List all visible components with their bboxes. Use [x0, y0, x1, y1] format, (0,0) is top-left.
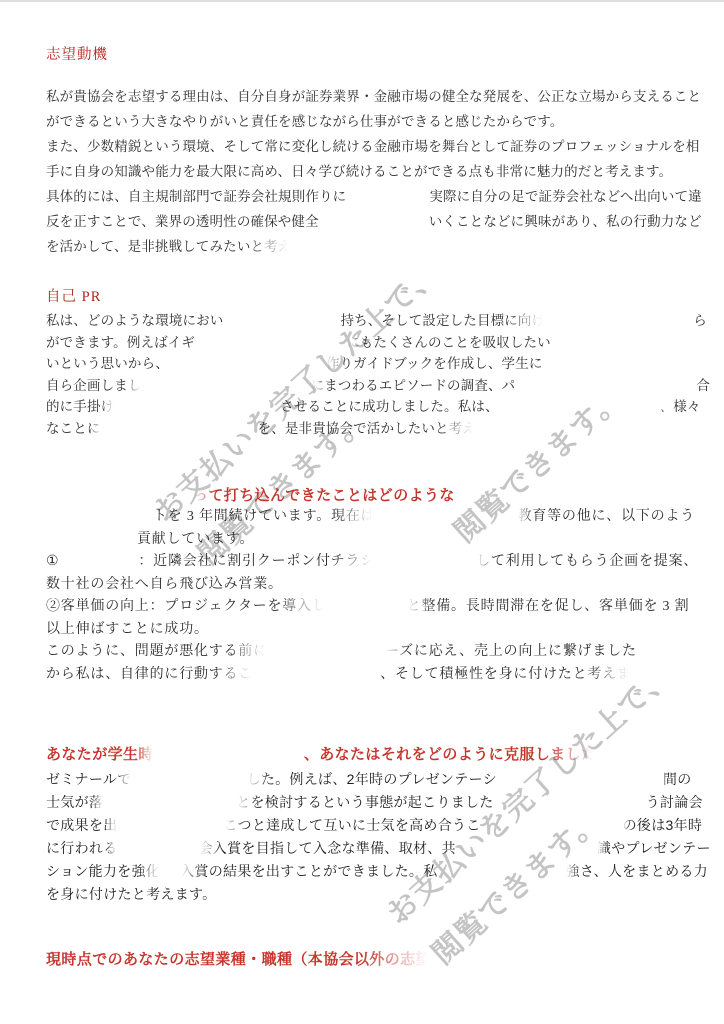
text-segment: 私は、どのような環境におい — [46, 312, 223, 330]
hidden-text-gap — [253, 677, 380, 678]
text-line: 私が貴協会を志望する理由は、自分自身が証券業界・金融市場の健全な発展を、公正な立… — [46, 88, 701, 106]
hidden-text-gap — [46, 542, 137, 543]
text-line: ②客単価の向上：プロジェクターを導入しと整備。長時間滞在を促し、客単価を 3 割 — [46, 598, 689, 617]
text-segment: 貢献しています。 — [137, 531, 254, 550]
text-segment: を、是非貴協会で活かしたいと考え — [258, 420, 476, 438]
text-segment: 手に自身の知識や能力を最大限に高め、日々学び続けることができる点も非常に魅力的だ… — [46, 163, 672, 181]
hidden-text-gap — [46, 499, 193, 500]
text-line: ができるという大きなやりがいと責任を感じながら仕事ができると感じたからです。 — [46, 113, 563, 131]
text-line: 私は、どのような環境におい持ち、そして設定した目標に向けら — [46, 312, 707, 330]
text-segment: 自己 PR — [46, 288, 101, 308]
text-segment: このように、問題が悪化する前に — [46, 643, 268, 662]
section-heading-effort: って打ち込んできたことはどのような — [46, 486, 455, 506]
hidden-text-gap — [438, 875, 566, 876]
text-segment: 以上伸ばすことに成功。 — [46, 621, 209, 640]
text-segment: あなたが学生時 — [46, 745, 154, 765]
hidden-text-gap — [59, 564, 138, 565]
text-line: トを 3 年間続けています。現在は教育等の他に、以下のよう — [46, 508, 695, 527]
text-line: 貢献しています。 — [46, 531, 254, 550]
text-segment: 識やプレゼンテー — [597, 839, 711, 858]
text-segment: を活かして、是非挑戦してみたいと考え — [46, 238, 291, 256]
text-segment: って打ち込んできたことはどのような — [193, 486, 455, 506]
text-segment: 、そして積極性を身に付けたと考えま — [380, 666, 632, 685]
text-segment: なことに — [46, 420, 101, 438]
text-segment: 、あなたはそれをどのように克服しました — [304, 745, 597, 765]
text-segment: 反を正すことで、業界の透明性の確保や健全 — [46, 213, 319, 231]
text-segment: で成果を出 — [46, 816, 118, 835]
hidden-text-gap — [346, 200, 429, 201]
text-segment: 実際に自分の足で証券会社などへ出向いて違 — [429, 188, 701, 206]
text-line: いという思いから、作りガイドブックを作成し、学生に — [46, 355, 543, 373]
text-segment: ができるという大きなやりがいと責任を感じながら仕事ができると感じたからです。 — [46, 113, 563, 131]
section-heading-student-challenge: あなたが学生時、あなたはそれをどのように克服しました — [46, 745, 596, 765]
text-segment: を身に付けたと考えます。 — [46, 885, 216, 904]
text-segment: に行われる — [46, 839, 118, 858]
text-segment: ① — [46, 553, 59, 572]
hidden-text-gap — [268, 654, 385, 655]
text-line: に行われる会入賞を目指して入念な準備、取材、共識やプレゼンテー — [46, 839, 711, 858]
hidden-text-gap — [160, 875, 180, 876]
text-line: 自ら企画しましにまつわるエピソードの調査、パ合 — [46, 377, 710, 395]
text-line: ができます。例えばイギにもたくさんのことを吸収したい — [46, 334, 551, 352]
text-line: 数十社の会社へ自ら飛び込み営業。 — [46, 576, 283, 595]
scanned-entry-sheet-page: お支払いを完了した上で、閲覧できます。閲覧できます。お支払いを完了した上で、閲覧… — [0, 0, 724, 1024]
text-line: なことにを、是非貴協会で活かしたいと考え — [46, 420, 476, 438]
text-segment: 間の — [663, 770, 692, 789]
hidden-text-gap — [142, 389, 311, 390]
text-segment: いくことなどに興味があり、私の行動力など — [429, 213, 702, 231]
text-line: で成果を出こつと達成して互いに士気を高め合うこの後は3年時 — [46, 816, 702, 835]
text-segment: いという思いから、 — [46, 355, 169, 373]
hidden-text-gap — [132, 783, 247, 784]
text-segment: 志望動機 — [46, 46, 108, 66]
text-segment: にもたくさんのことを吸収したい — [346, 334, 551, 352]
hidden-text-gap — [169, 367, 326, 368]
text-segment: 的に手掛け — [46, 398, 114, 416]
hidden-text-gap — [101, 432, 258, 433]
text-segment: ション能力を強化 — [46, 862, 160, 881]
scan-edge-artifact — [0, 0, 724, 2]
text-segment: と整備。長時間滞在を促し、客単価を 3 割 — [407, 598, 690, 617]
text-segment: ができます。例えばイギ — [46, 334, 195, 352]
text-segment: 教育等の他に、以下のよう — [517, 508, 695, 527]
hidden-text-gap — [456, 852, 597, 853]
text-segment: 私が貴協会を志望する理由は、自分自身が証券業界・金融市場の健全な発展を、公正な立… — [46, 88, 701, 106]
text-line: ①：近隣会社に割引クーポン付チラシして利用してもらう企画を提案、 — [46, 553, 698, 572]
text-segment: 強さ、人をまとめる力 — [566, 862, 708, 881]
section-heading-desired-industry: 現時点でのあなたの志望業種・職種（本協会以外の志望 — [46, 950, 431, 970]
text-line: ゼミナールでした。例えば、2年時のプレゼンテーシ間の — [46, 770, 692, 789]
text-segment: 持ち、そして設定した目標に向け — [340, 312, 545, 330]
text-line: 具体的には、自主規制部門で証券会社規則作りに実際に自分の足で証券会社などへ出向い… — [46, 188, 702, 206]
text-segment: う討論会 — [646, 793, 703, 812]
text-line: 反を正すことで、業界の透明性の確保や健全いくことなどに興味があり、私の行動力など — [46, 213, 702, 231]
text-line: このように、問題が悪化する前にーズに応え、売上の向上に繋げました — [46, 643, 637, 662]
text-segment: ：近隣会社に割引クーポン付チラシ — [138, 553, 375, 572]
text-segment: 具体的には、自主規制部門で証券会社規則作りに — [46, 188, 346, 206]
text-segment: 数十社の会社へ自ら飛び込み営業。 — [46, 576, 283, 595]
text-segment: から私は、自律的に行動するこ — [46, 666, 253, 685]
text-segment: ら — [693, 312, 707, 330]
text-segment: 入賞の結果を出すことができました。私 — [180, 862, 437, 881]
hidden-text-gap — [154, 758, 304, 759]
text-segment: トを 3 年間続けています。現在は — [153, 508, 375, 527]
hidden-text-gap — [327, 609, 407, 610]
hidden-text-gap — [375, 519, 517, 520]
hidden-text-gap — [46, 519, 153, 520]
text-line: を活かして、是非挑戦してみたいと考え — [46, 238, 291, 256]
text-line: を身に付けたと考えます。 — [46, 885, 216, 904]
text-segment: 現時点でのあなたの志望業種・職種（本協会以外の志望 — [46, 950, 431, 970]
text-segment: ゼミナールで — [46, 770, 132, 789]
text-segment: の後は3年時 — [623, 816, 703, 835]
text-segment: 自ら企画しまし — [46, 377, 142, 395]
hidden-text-gap — [223, 324, 340, 325]
text-segment: して利用してもらう企画を提案、 — [476, 553, 698, 572]
hidden-text-gap — [497, 783, 663, 784]
section-heading-motivation: 志望動機 — [46, 46, 108, 66]
text-segment: ーズに応え、売上の向上に繋げました — [385, 643, 637, 662]
hidden-text-gap — [114, 410, 280, 411]
text-segment: こつと達成して互いに士気を高め合うこ — [224, 816, 481, 835]
text-segment: させることに成功しました。私は、 — [280, 398, 498, 416]
text-segment: した。例えば、2年時のプレゼンテーシ — [247, 770, 497, 789]
hidden-text-gap — [118, 829, 224, 830]
hidden-text-gap — [481, 829, 623, 830]
hidden-text-gap — [118, 852, 199, 853]
text-line: から私は、自律的に行動するこ、そして積極性を身に付けたと考えま — [46, 666, 632, 685]
text-line: 的に手掛けさせることに成功しました。私は、、様々 — [46, 398, 701, 416]
text-line: また、少数精鋭という環境、そして常に変化し続ける金融市場を舞台として証券のプロフ… — [46, 138, 700, 156]
text-segment: 、様々 — [660, 398, 701, 416]
text-segment: 作りガイドブックを作成し、学生に — [326, 355, 543, 373]
text-segment: 会入賞を目指して入念な準備、取材、共 — [199, 839, 456, 858]
text-segment: とを検討するという事態が起こりました — [236, 793, 493, 812]
hidden-text-gap — [499, 410, 660, 411]
text-segment: にまつわるエピソードの調査、パ — [311, 377, 516, 395]
text-line: 以上伸ばすことに成功。 — [46, 621, 209, 640]
hidden-text-gap — [195, 346, 346, 347]
text-line: ション能力を強化入賞の結果を出すことができました。私強さ、人をまとめる力 — [46, 862, 708, 881]
text-line: 士気が落とを検討するという事態が起こりましたう討論会 — [46, 793, 703, 812]
hidden-text-gap — [545, 324, 693, 325]
text-line: 手に自身の知識や能力を最大限に高め、日々学び続けることができる点も非常に魅力的だ… — [46, 163, 672, 181]
section-heading-self-pr: 自己 PR — [46, 288, 101, 308]
hidden-text-gap — [375, 564, 476, 565]
hidden-text-gap — [494, 806, 646, 807]
text-segment: ②客単価の向上：プロジェクターを導入し — [46, 598, 327, 617]
text-segment: また、少数精鋭という環境、そして常に変化し続ける金融市場を舞台として証券のプロフ… — [46, 138, 700, 156]
hidden-text-gap — [319, 225, 429, 226]
hidden-text-gap — [103, 806, 236, 807]
text-segment: 合 — [696, 377, 710, 395]
text-segment: 士気が落 — [46, 793, 103, 812]
hidden-text-gap — [515, 389, 696, 390]
